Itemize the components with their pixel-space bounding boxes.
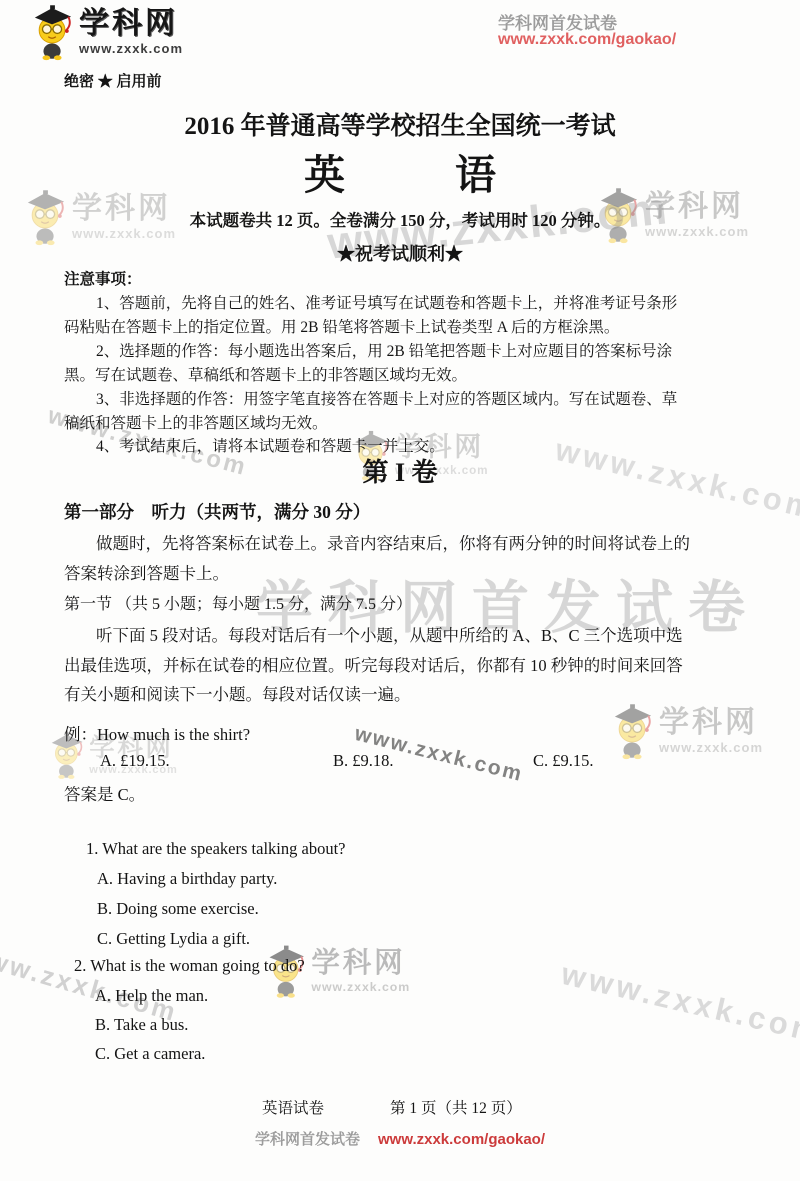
notice-line: 1、答题前，先将自己的姓名、准考证号填写在试题卷和答题卡上，并将准考证号条形: [64, 291, 677, 313]
watermark-brand-name: 学科网: [659, 708, 758, 738]
watermark-brand-name: 学科网: [311, 949, 405, 978]
watermark-brand-site: www.zxxk.com: [311, 981, 410, 993]
question-2-option-b: B. Take a bus.: [95, 1015, 188, 1035]
watermark-url-bottom-right: www.zxxk.com: [558, 956, 800, 1051]
instruction-line: 听下面 5 段对话。每段对话后有一个小题，从题中所给的 A、B、C 三个选项中选: [64, 622, 683, 646]
subject-title: 英语: [0, 142, 800, 201]
footer-page-info: 第 1 页（共 12 页）: [390, 1096, 522, 1118]
notice-title: 注意事项：: [64, 267, 142, 289]
example-prompt: 例：How much is the shirt?: [64, 721, 250, 745]
question-number: 2.: [74, 956, 86, 975]
header-gaokao-url: www.zxxk.com/gaokao/: [498, 31, 676, 49]
zxxk-mascot-icon: [612, 702, 654, 760]
zxxk-mascot-icon: [32, 3, 74, 61]
notice-line: 稿纸和答题卡上的非答题区域均无效。: [64, 411, 328, 433]
question-1-option-c: C. Getting Lydia a gift.: [97, 929, 250, 949]
footer-paper-name: 英语试卷: [262, 1096, 324, 1118]
exam-title: 2016 年普通高等学校招生全国统一考试: [0, 106, 800, 142]
instruction-line: 有关小题和阅读下一小题。每段对话仅读一遍。: [64, 681, 411, 705]
listening-intro-line: 答案转涂到答题卡上。: [64, 560, 229, 584]
brand-site-url: www.zxxk.com: [79, 42, 183, 55]
example-option-b: B. £9.18.: [333, 751, 394, 771]
secrecy-label: 绝密 ★ 启用前: [64, 70, 162, 91]
watermark-logo-example-right: 学科网 www.zxxk.com: [612, 702, 763, 760]
footer-banner: 学科网首发试卷 www.zxxk.com/gaokao/: [0, 1128, 800, 1149]
example-answer: 答案是 C。: [64, 781, 145, 805]
instruction-line: 出最佳选项，并标在试卷的相应位置。听完每段对话后，你都有 10 秒钟的时间来回答: [64, 652, 683, 676]
question-number: 1.: [86, 839, 98, 858]
question-text: What are the speakers talking about?: [102, 839, 345, 858]
notice-line: 黑。写在试题卷、草稿纸和答题卡上的非答题区域均无效。: [64, 363, 467, 385]
question-1: 1. What are the speakers talking about?: [86, 839, 345, 859]
listening-intro-line: 做题时，先将答案标在试卷上。录音内容结束后，你将有两分钟的时间将试卷上的: [64, 530, 690, 554]
question-text: What is the woman going to do?: [90, 956, 304, 975]
zxxk-logo: 学科网 www.zxxk.com: [32, 3, 183, 61]
subject-char-1: 英: [304, 152, 345, 198]
notice-line: 码粘贴在答题卡上的指定位置。用 2B 铅笔将答题卡上试卷类型 A 后的方框涂黑。: [64, 315, 619, 337]
notice-line: 2、选择题的作答：每小题选出答案后，用 2B 铅笔把答题卡上对应题目的答案标号涂: [64, 339, 672, 361]
question-1-option-a: A. Having a birthday party.: [97, 869, 277, 889]
paper-info: 本试题卷共 12 页。全卷满分 150 分，考试用时 120 分钟。: [0, 207, 800, 231]
example-question: How much is the shirt?: [97, 725, 250, 744]
footer-slogan: 学科网首发试卷: [255, 1131, 360, 1148]
volume-title: 第 I 卷: [0, 452, 800, 489]
question-2-option-a: A. Help the man.: [95, 986, 208, 1006]
subsection-heading: 第一节 （共 5 小题；每小题 1.5 分，满分 7.5 分）: [64, 591, 412, 614]
subject-char-2: 语: [455, 152, 496, 198]
notice-line: 3、非选择题的作答：用签字笔直接答在答题卡上对应的答题区域内。写在试题卷、草: [64, 387, 677, 409]
question-2: 2. What is the woman going to do?: [74, 956, 305, 976]
question-2-option-c: C. Get a camera.: [95, 1044, 205, 1064]
watermark-brand-site: www.zxxk.com: [659, 741, 763, 754]
example-option-a: A. £19.15.: [100, 751, 170, 771]
example-option-c: C. £9.15.: [533, 751, 594, 771]
question-1-option-b: B. Doing some exercise.: [97, 899, 259, 919]
footer-gaokao-url: www.zxxk.com/gaokao/: [378, 1131, 545, 1148]
exam-wish: ★祝考试顺利★: [0, 240, 800, 266]
example-label: 例：: [64, 725, 97, 744]
exam-paper-page: 学科网 www.zxxk.com 学科网 www.zxxk.com www.zx…: [0, 0, 800, 1181]
brand-name: 学科网: [79, 9, 178, 39]
section-heading: 第一部分 听力（共两节，满分 30 分）: [64, 499, 370, 524]
